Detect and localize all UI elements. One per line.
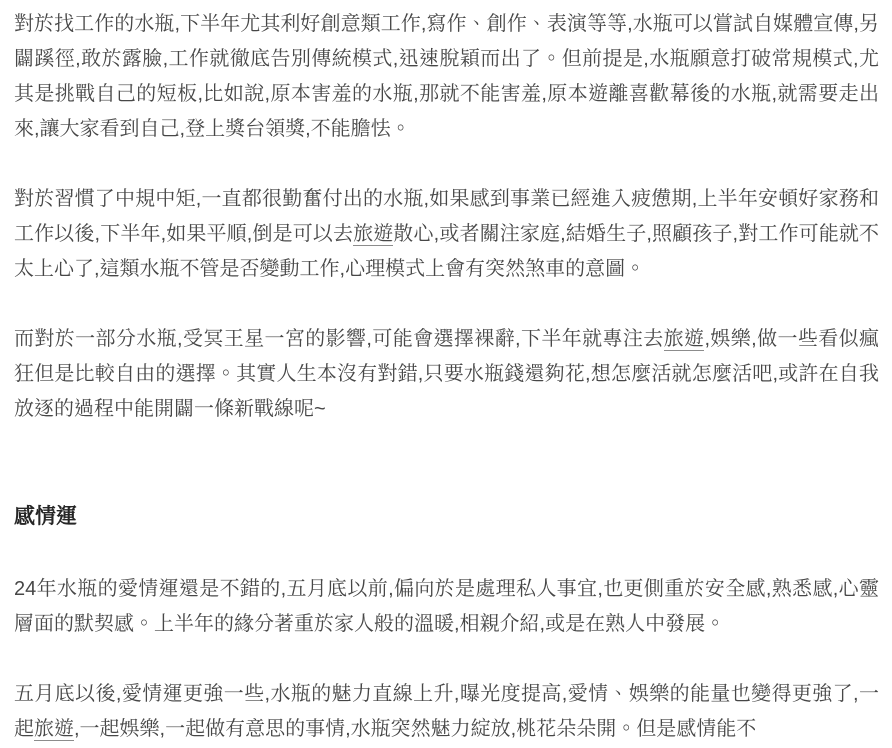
- keyword-link[interactable]: 旅遊: [353, 223, 393, 246]
- text-segment: 對於找工作的水瓶,下半年尤其利好創意類工作,寫作、創作、表演等等,水瓶可以嘗試自…: [14, 13, 879, 140]
- text-segment: ,一起娛樂,一起做有意思的事情,水瓶突然魅力綻放,桃花朵朵開。但是感情能不: [74, 718, 756, 740]
- keyword-link[interactable]: 旅遊: [664, 328, 705, 351]
- paragraph-love-second-half: 五月底以後,愛情運更強一些,水瓶的魅力直線上升,曝光度提高,愛情、娛樂的能量也變…: [14, 677, 879, 747]
- section-heading-love-fortune: 感情運: [14, 502, 879, 532]
- keyword-link[interactable]: 旅遊: [34, 718, 74, 741]
- paragraph-career-jobseeking: 對於找工作的水瓶,下半年尤其利好創意類工作,寫作、創作、表演等等,水瓶可以嘗試自…: [14, 7, 879, 147]
- paragraph-career-quitting: 而對於一部分水瓶,受冥王星一宮的影響,可能會選擇裸辭,下半年就專注去旅遊,娛樂,…: [14, 322, 879, 427]
- paragraph-love-first-half: 24年水瓶的愛情運還是不錯的,五月底以前,偏向於是處理私人事宜,也更側重於安全感…: [14, 572, 879, 642]
- article-body: 對於找工作的水瓶,下半年尤其利好創意類工作,寫作、創作、表演等等,水瓶可以嘗試自…: [0, 0, 892, 747]
- text-segment: 而對於一部分水瓶,受冥王星一宮的影響,可能會選擇裸辭,下半年就專注去: [14, 328, 664, 350]
- text-segment: 24年水瓶的愛情運還是不錯的,五月底以前,偏向於是處理私人事宜,也更側重於安全感…: [14, 578, 879, 635]
- paragraph-career-steady: 對於習慣了中規中矩,一直都很勤奮付出的水瓶,如果感到事業已經進入疲憊期,上半年安…: [14, 182, 879, 287]
